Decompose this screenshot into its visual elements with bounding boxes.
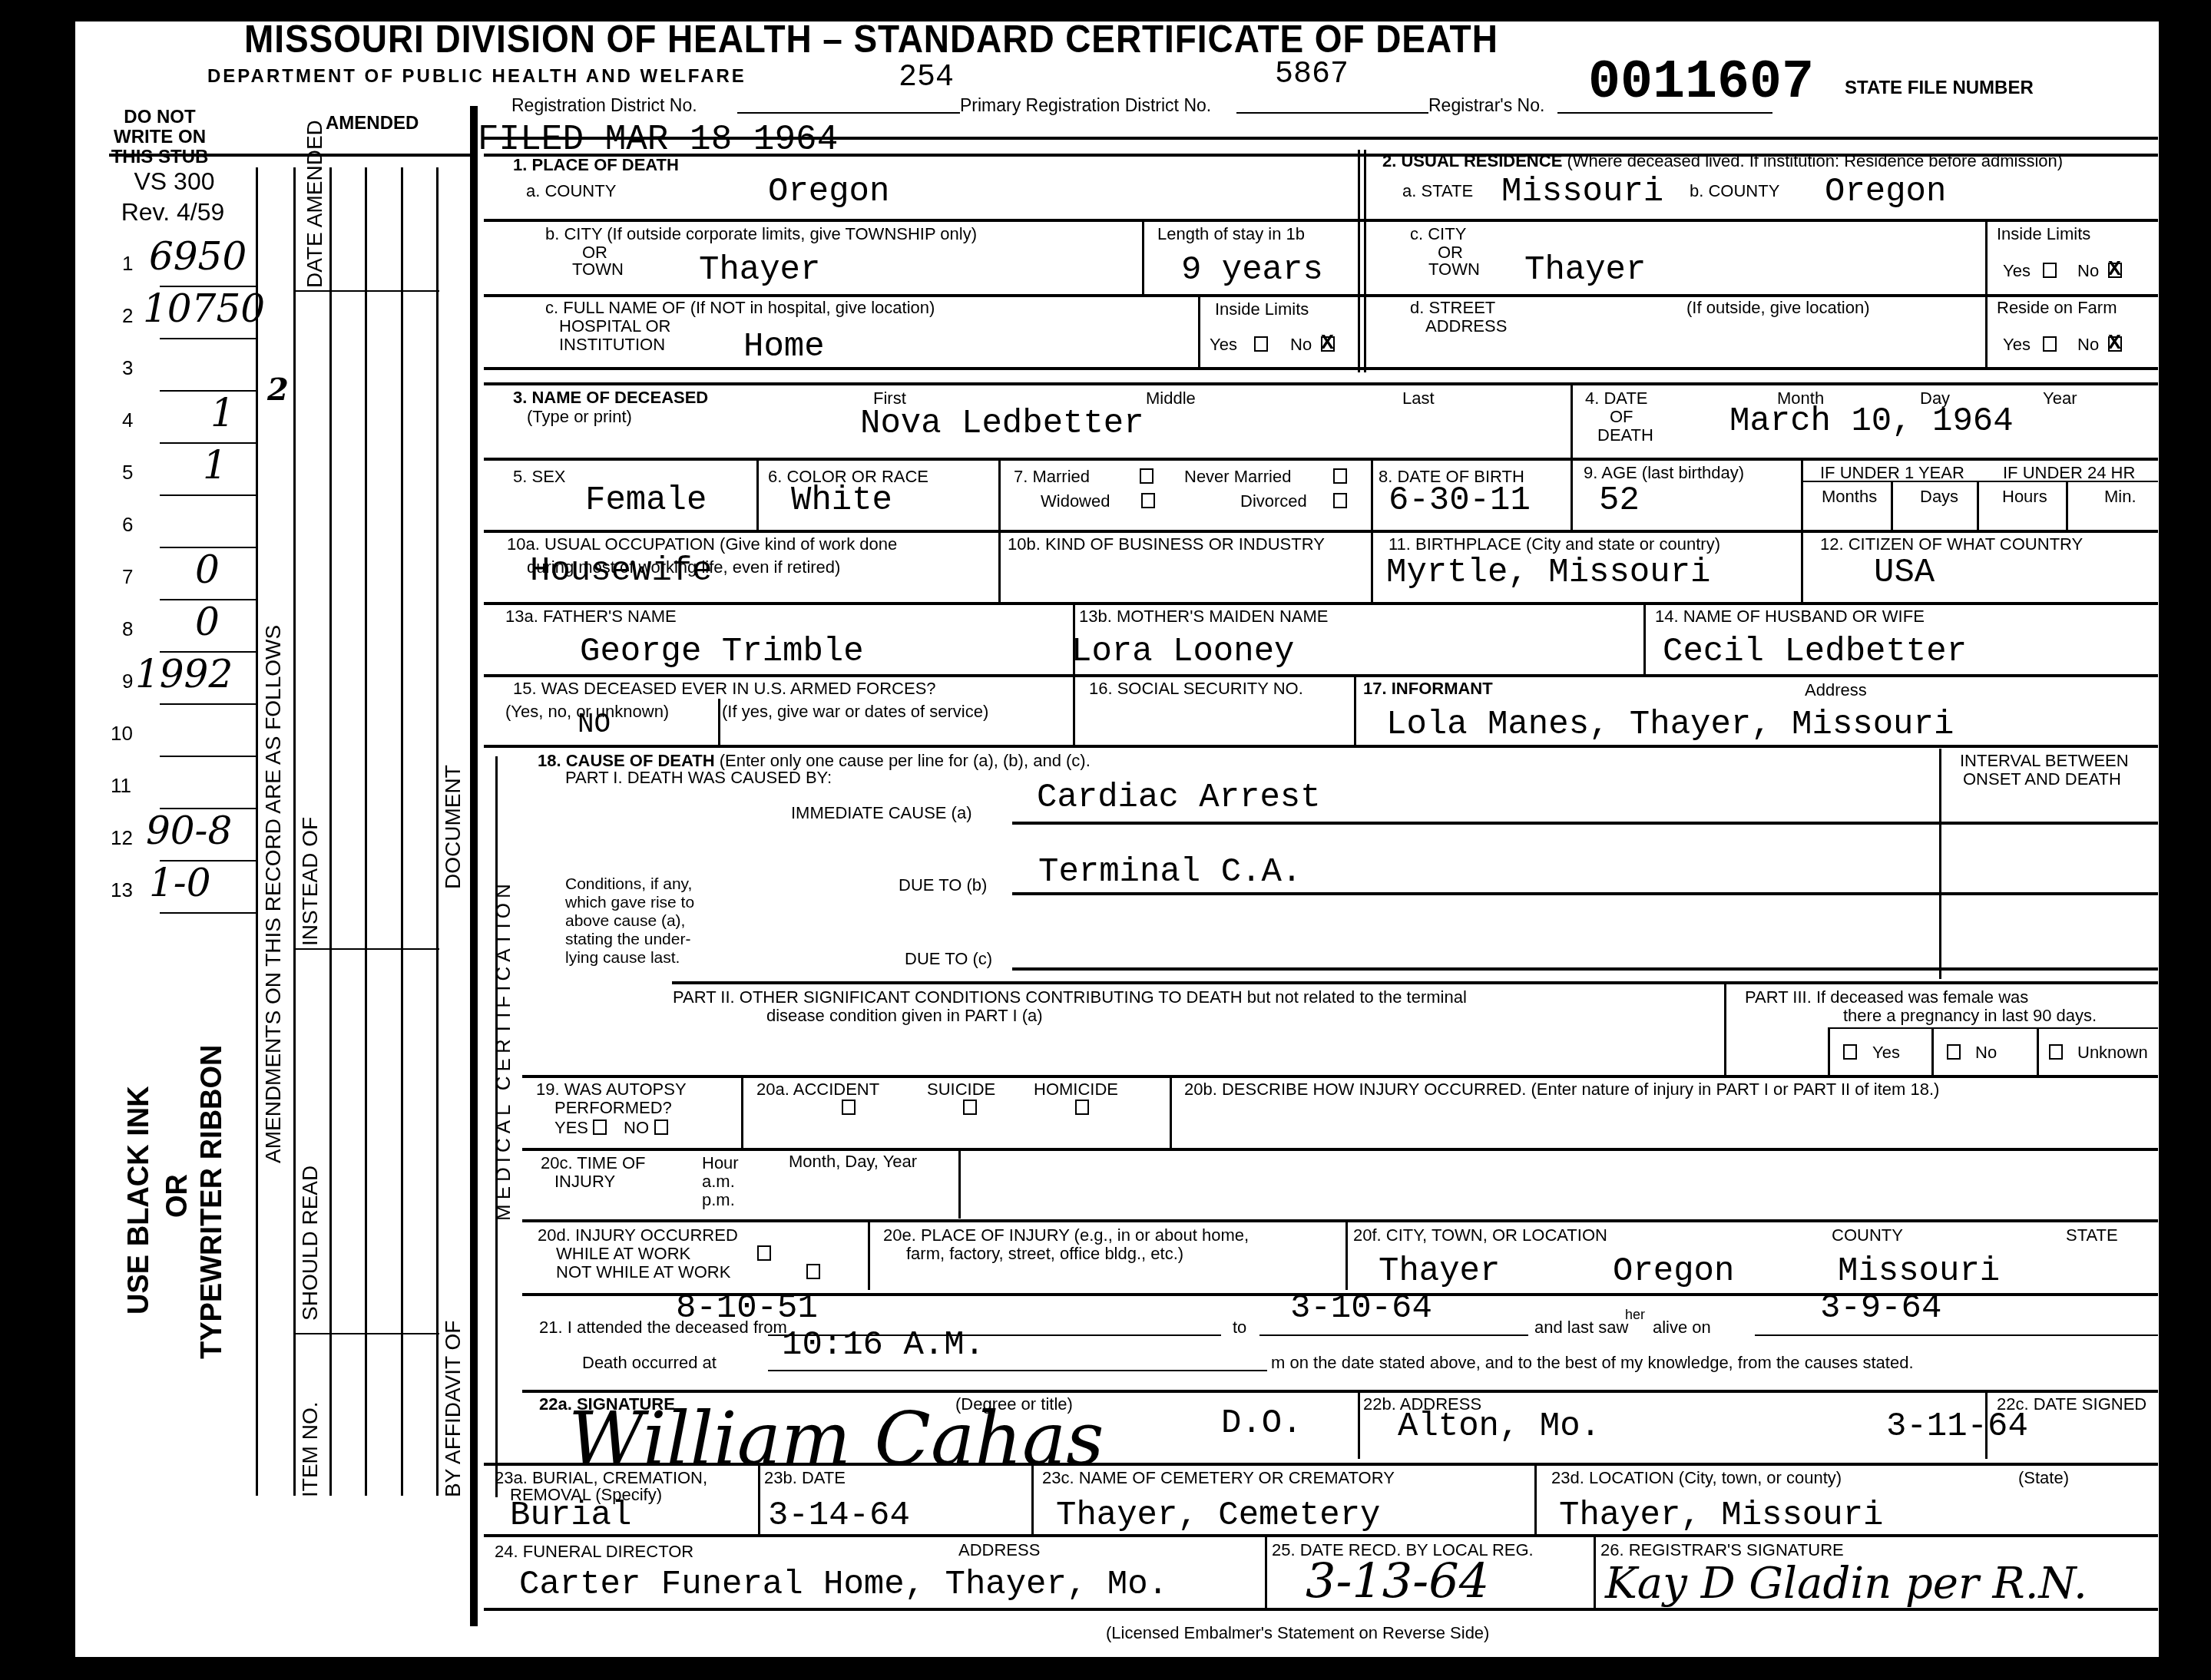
stub-row: 210750 — [88, 286, 258, 339]
rule — [160, 442, 258, 444]
rule — [484, 137, 2158, 140]
mother-label: 13b. MOTHER'S MAIDEN NAME — [1079, 607, 1328, 626]
farm-yes-checkbox[interactable] — [2043, 336, 2057, 352]
type-or-print-label: (Type or print) — [527, 407, 632, 426]
rule — [1073, 674, 1075, 745]
immediate-cause-label: IMMEDIATE CAUSE (a) — [791, 803, 972, 822]
street-label: d. STREET — [1410, 298, 1495, 317]
injury-label: INJURY — [554, 1172, 615, 1191]
divorced-label: Divorced — [1240, 491, 1307, 511]
rule — [484, 745, 2158, 748]
by-affidavit-label: BY AFFIDAVIT OF — [441, 1321, 465, 1497]
disposition-value: Burial — [510, 1497, 631, 1534]
degree-value: D.O. — [1221, 1405, 1302, 1442]
date-of-death-label: 4. DATE — [1585, 389, 1648, 408]
widowed-label: Widowed — [1041, 491, 1110, 511]
inside-limits-yes-checkbox[interactable] — [1254, 336, 1268, 352]
form-revision: Rev. 4/59 — [108, 203, 238, 222]
rule — [1891, 481, 1893, 531]
rule — [1358, 150, 1360, 372]
widowed-checkbox[interactable] — [1141, 493, 1155, 508]
informant-address-label: Address — [1805, 680, 1867, 699]
ink-notice: USE BLACK INK — [123, 1086, 156, 1315]
death-time-value: 10:16 A.M. — [782, 1327, 985, 1364]
rule — [484, 458, 2158, 461]
burial-date-label: 23b. DATE — [764, 1468, 846, 1487]
no-label: No — [2077, 335, 2099, 354]
rule — [1012, 822, 2158, 825]
attended-to-value: 3-10-64 — [1290, 1290, 1432, 1327]
rule — [160, 703, 258, 705]
immediate-cause-value: Cardiac Arrest — [1037, 779, 1321, 816]
underline — [737, 112, 960, 114]
rule — [1364, 219, 2158, 222]
funeral-director-label: 24. FUNERAL DIRECTOR — [495, 1542, 693, 1561]
injury-state-value: Missouri — [1838, 1253, 2000, 1290]
underline — [1259, 1334, 1528, 1336]
amended-label: AMENDED — [326, 114, 419, 133]
rule — [1931, 1027, 1934, 1077]
place-of-injury-sub-label: farm, factory, street, office bldg., etc… — [906, 1244, 1183, 1263]
death-city-value: Thayer — [699, 252, 820, 289]
town-label: TOWN — [572, 260, 624, 279]
rule — [109, 154, 470, 157]
underline — [1236, 112, 1428, 114]
usual-residence-label: 2. USUAL RESIDENCE (Where deceased lived… — [1382, 151, 2063, 170]
stub-row: 51 — [88, 443, 258, 495]
rule — [718, 699, 720, 745]
pregnancy-no-checkbox[interactable] — [1947, 1044, 1961, 1060]
rule — [484, 1534, 2158, 1537]
rule — [293, 290, 439, 292]
rule — [1828, 1027, 2158, 1029]
armed-forces-label: 15. WAS DECEASED EVER IN U.S. ARMED FORC… — [513, 679, 936, 698]
part-1-label: PART I. DEATH WAS CAUSED BY: — [565, 768, 832, 787]
rule — [1977, 481, 1979, 531]
rule — [1571, 458, 1573, 531]
last-saw-label: and last saw — [1534, 1318, 1628, 1337]
rule — [1828, 1027, 1830, 1077]
occupation-label: 10a. USUAL OCCUPATION (Give kind of work… — [507, 534, 897, 554]
describe-injury-label: 20b. DESCRIBE HOW INJURY OCCURRED. (Ente… — [1184, 1080, 1939, 1099]
rule — [160, 286, 258, 287]
rule — [998, 530, 1001, 603]
under-24-hr-label: IF UNDER 24 HR — [2003, 463, 2135, 482]
rule — [160, 390, 258, 392]
rule — [160, 651, 258, 653]
yes-label: Yes — [1210, 335, 1237, 354]
institution-label: INSTITUTION — [559, 335, 665, 354]
ssn-label: 16. SOCIAL SECURITY NO. — [1089, 679, 1303, 698]
never-married-label: Never Married — [1184, 467, 1291, 486]
cemetery-value: Thayer, Cemetery — [1056, 1497, 1380, 1534]
state-file-number: 0011607 — [1588, 55, 1814, 112]
rule — [1571, 382, 1573, 458]
rule — [484, 382, 2158, 385]
cemetery-label: 23c. NAME OF CEMETERY OR CREMATORY — [1042, 1468, 1395, 1487]
date-of-death-value: March 10, 1964 — [1729, 403, 2014, 440]
res-inside-limits-no-checkbox[interactable] — [2108, 263, 2122, 278]
rule — [160, 860, 258, 861]
rule — [1594, 1534, 1596, 1608]
stub-row: 11 — [88, 756, 258, 809]
informant-label: 17. INFORMANT — [1363, 679, 1493, 698]
age-value: 52 — [1599, 482, 1640, 519]
rule — [484, 602, 2158, 605]
stub-row: 3 — [88, 339, 258, 391]
rule — [484, 1463, 2158, 1466]
inside-limits-no-checkbox[interactable] — [1321, 336, 1335, 352]
rule — [1643, 602, 1646, 675]
min-label: Min. — [2104, 487, 2137, 506]
rule — [1801, 458, 1803, 531]
column-line — [256, 167, 258, 1496]
interval-label-2: ONSET AND DEATH — [1963, 769, 2121, 789]
rule — [998, 458, 1001, 531]
accident-checkbox[interactable] — [842, 1100, 856, 1115]
margin-mark: 2 — [267, 372, 289, 408]
inside-limits-label: Inside Limits — [1215, 299, 1309, 319]
suicide-checkbox[interactable] — [963, 1100, 977, 1115]
farm-no-checkbox[interactable] — [2108, 336, 2122, 352]
underline — [768, 1370, 1267, 1371]
autopsy-performed-label: PERFORMED? — [554, 1098, 672, 1117]
father-label: 13a. FATHER'S NAME — [505, 607, 677, 626]
death-county-value: Oregon — [768, 174, 889, 210]
rule — [1354, 674, 1356, 745]
rule — [160, 547, 258, 548]
city-label: b. CITY (If outside corporate limits, gi… — [545, 224, 977, 243]
pregnancy-yes-label: Yes — [1872, 1043, 1900, 1062]
father-value: George Trimble — [580, 633, 864, 670]
physician-address-value: Alton, Mo. — [1398, 1408, 1600, 1445]
registrar-signature: Kay D Gladin per R.N. — [1605, 1559, 2087, 1609]
autopsy-no-checkbox[interactable] — [654, 1119, 668, 1135]
rule — [160, 599, 258, 600]
pregnancy-unknown-checkbox[interactable] — [2049, 1044, 2063, 1060]
rule — [2066, 481, 2068, 531]
deceased-name-value: Nova Ledbetter — [860, 405, 1144, 442]
ink-notice-ribbon: TYPEWRITER RIBBON — [196, 1044, 229, 1359]
middle-label: Middle — [1146, 389, 1196, 408]
due-to-b-value: Terminal C.A. — [1038, 854, 1302, 891]
rule — [2037, 1027, 2039, 1077]
attended-from-value: 8-10-51 — [676, 1290, 818, 1327]
rule — [484, 674, 2158, 677]
interval-label: INTERVAL BETWEEN — [1960, 751, 2129, 770]
hospital-value: Home — [743, 329, 825, 365]
column-line — [401, 167, 403, 1496]
primary-district-label: Primary Registration District No. — [960, 96, 1211, 115]
dob-value: 6-30-11 — [1388, 482, 1531, 519]
never-married-checkbox[interactable] — [1333, 468, 1347, 484]
part-3-label: PART III. If deceased was female was — [1745, 987, 2028, 1007]
res-city-label: c. CITY — [1410, 224, 1466, 243]
state-label: a. STATE — [1402, 181, 1473, 200]
stub-row: 91992 — [88, 652, 258, 704]
autopsy-yes-label: YES — [554, 1118, 588, 1137]
pregnancy-unknown-label: Unknown — [2077, 1043, 2148, 1062]
stub-row: 6 — [88, 495, 258, 547]
am-label: a.m. — [702, 1172, 735, 1191]
informant-value: Lola Manes, Thayer, Missouri — [1386, 706, 1954, 743]
suicide-label: SUICIDE — [927, 1080, 995, 1099]
death-occurred-label: Death occurred at — [582, 1353, 717, 1372]
last-label: Last — [1402, 389, 1435, 408]
residence-city-value: Thayer — [1524, 252, 1646, 289]
rule — [1012, 967, 2158, 971]
rule — [522, 1219, 2158, 1222]
under-1-year-label: IF UNDER 1 YEAR — [1820, 463, 1964, 482]
married-label: 7. Married — [1014, 467, 1090, 486]
county-label: a. COUNTY — [526, 181, 616, 200]
place-of-injury-label: 20e. PLACE OF INJURY (e.g., in or about … — [883, 1225, 1249, 1245]
days-label: Days — [1920, 487, 1958, 506]
due-to-c-label: DUE TO (c) — [905, 949, 992, 968]
residence-state-value: Missouri — [1501, 174, 1663, 210]
stub-row: 41 — [88, 391, 258, 443]
should-read-label: SHOULD READ — [298, 1166, 323, 1321]
rule — [484, 294, 1367, 297]
rule — [522, 1075, 2158, 1078]
spouse-label: 14. NAME OF HUSBAND OR WIFE — [1655, 607, 1925, 626]
birthplace-value: Myrtle, Missouri — [1386, 554, 1710, 591]
rule — [672, 981, 2158, 984]
rule — [160, 494, 258, 496]
rule — [293, 1333, 439, 1334]
divorced-checkbox[interactable] — [1333, 493, 1347, 508]
ink-notice-or: OR — [161, 1174, 194, 1218]
pregnancy-no-label: No — [1975, 1043, 1997, 1062]
injury-city-label: 20f. CITY, TOWN, OR LOCATION — [1353, 1225, 1607, 1245]
registrar-signature-label: 26. REGISTRAR'S SIGNATURE — [1600, 1540, 1844, 1559]
mother-value: Lora Looney — [1071, 633, 1294, 670]
last-saw-value: 3-9-64 — [1820, 1290, 1941, 1327]
rule — [1371, 458, 1373, 531]
injury-county-label: COUNTY — [1832, 1225, 1903, 1245]
married-checkbox[interactable] — [1140, 468, 1153, 484]
date-signed-value: 3-11-64 — [1886, 1408, 2028, 1445]
rule — [160, 912, 258, 914]
column-line — [293, 167, 296, 1496]
part-3-sub-label: there a pregnancy in last 90 days. — [1843, 1006, 2097, 1025]
do-not-write-label: DO NOT WRITE ON THIS STUB — [98, 107, 221, 167]
location-state-label: (State) — [2018, 1468, 2069, 1487]
stub-row: 80 — [88, 600, 258, 652]
rule — [484, 219, 1367, 222]
rule — [1142, 219, 1144, 296]
burial-date-value: 3-14-64 — [768, 1497, 910, 1534]
res-town-label: TOWN — [1428, 260, 1480, 279]
rule — [1371, 530, 1373, 603]
length-of-stay-label: Length of stay in 1b — [1157, 224, 1305, 243]
date-amended-label: DATE AMENDED — [303, 120, 327, 288]
res-inside-limits-label: Inside Limits — [1997, 224, 2090, 243]
rule — [160, 756, 258, 757]
res-inside-limits-yes-checkbox[interactable] — [2043, 263, 2057, 278]
primary-district-value: 5867 — [1275, 57, 1349, 94]
date-recd-value: 3-13-64 — [1306, 1553, 1489, 1609]
column-line — [436, 167, 439, 1496]
column-line — [365, 167, 367, 1496]
her-label: her — [1625, 1305, 1645, 1324]
of-label: OF — [1610, 407, 1633, 426]
accident-label: 20a. ACCIDENT — [756, 1080, 879, 1099]
medical-certification-label: MEDICAL CERTIFICATION — [492, 879, 515, 1221]
yes-label: Yes — [2003, 335, 2031, 354]
name-of-deceased-label: 3. NAME OF DECEASED — [513, 388, 708, 407]
amendments-label: AMENDMENTS ON THIS RECORD ARE AS FOLLOWS — [261, 625, 286, 1163]
race-value: White — [791, 482, 892, 519]
autopsy-yes-checkbox[interactable] — [593, 1119, 607, 1135]
rule — [1170, 1075, 1172, 1149]
hospital-label: c. FULL NAME OF (If NOT in hospital, giv… — [545, 298, 935, 317]
registration-district-value: 254 — [899, 60, 954, 97]
rule — [1358, 1390, 1360, 1459]
location-label: 23d. LOCATION (City, town, or county) — [1551, 1468, 1842, 1487]
rule — [293, 948, 439, 950]
homicide-checkbox[interactable] — [1075, 1100, 1089, 1115]
form-number: VS 300 — [117, 172, 232, 191]
certification-statement: m on the date stated above, and to the b… — [1271, 1353, 1914, 1372]
registration-district-label: Registration District No. — [511, 96, 697, 115]
stub-row: 16950 — [88, 234, 258, 286]
part-2-sub-label: disease condition given in PART I (a) — [766, 1006, 1043, 1025]
hours-label: Hours — [2002, 487, 2047, 506]
conditions-note: Conditions, if any, which gave rise to a… — [565, 875, 723, 967]
citizen-label: 12. CITIZEN OF WHAT COUNTRY — [1820, 534, 2083, 554]
place-of-death-label: 1. PLACE OF DEATH — [513, 155, 679, 174]
pregnancy-yes-checkbox[interactable] — [1843, 1044, 1857, 1060]
rule — [1364, 150, 1366, 372]
injury-city-value: Thayer — [1379, 1253, 1500, 1290]
birthplace-label: 11. BIRTHPLACE (City and state or countr… — [1388, 534, 1720, 554]
farm-label: Reside on Farm — [1997, 298, 2117, 317]
months-label: Months — [1822, 487, 1877, 506]
rule — [160, 338, 258, 339]
director-address-label: ADDRESS — [958, 1540, 1040, 1559]
not-at-work-checkbox[interactable] — [806, 1264, 820, 1279]
homicide-label: HOMICIDE — [1034, 1080, 1118, 1099]
document-label: DOCUMENT — [441, 765, 465, 889]
rule — [1724, 981, 1726, 1077]
rule — [958, 1148, 961, 1219]
length-of-stay-value: 9 years — [1181, 252, 1323, 289]
filed-stamp: FILED MAR 18 1964 — [478, 121, 838, 158]
not-while-at-work-label: NOT WHILE AT WORK — [556, 1262, 730, 1281]
alive-on-label: alive on — [1653, 1318, 1711, 1337]
rule — [1031, 1463, 1034, 1536]
embalmer-statement-note: (Licensed Embalmer's Statement on Revers… — [1106, 1623, 1489, 1642]
time-of-injury-label: 20c. TIME OF — [541, 1153, 646, 1172]
yes-label: Yes — [2003, 261, 2031, 280]
underline — [1557, 112, 1772, 114]
injury-county-value: Oregon — [1613, 1253, 1734, 1290]
hospital-or-label: HOSPITAL OR — [559, 316, 670, 336]
rule — [1265, 1534, 1267, 1608]
to-label: to — [1233, 1318, 1246, 1337]
rule — [484, 367, 2158, 370]
rule — [1801, 530, 1803, 603]
autopsy-label: 19. WAS AUTOPSY — [536, 1080, 687, 1099]
occupation-value: Housewife — [530, 553, 713, 590]
while-at-work-label: WHILE AT WORK — [556, 1244, 690, 1263]
age-label: 9. AGE (last birthday) — [1584, 463, 1744, 482]
stub-divider — [470, 106, 478, 1626]
part-2-label: PART II. OTHER SIGNIFICANT CONDITIONS CO… — [673, 987, 1467, 1007]
instead-of-label: INSTEAD OF — [298, 817, 323, 946]
rule — [484, 1608, 2158, 1611]
street-note: (If outside, give location) — [1686, 298, 1869, 317]
column-line — [329, 167, 332, 1496]
residence-county-value: Oregon — [1825, 174, 1946, 210]
death-label: DEATH — [1597, 425, 1653, 445]
rule — [1198, 294, 1200, 369]
rule — [484, 530, 2158, 533]
business-label: 10b. KIND OF BUSINESS OR INDUSTRY — [1008, 534, 1325, 554]
rule — [756, 458, 759, 531]
year-label: Year — [2043, 389, 2077, 408]
hour-label: Hour — [702, 1153, 739, 1172]
injury-occurred-label: 20d. INJURY OCCURRED — [538, 1225, 738, 1245]
rule — [868, 1219, 870, 1290]
funeral-director-value: Carter Funeral Home, Thayer, Mo. — [519, 1566, 1168, 1603]
pm-label: p.m. — [702, 1190, 735, 1209]
rule — [1345, 1219, 1348, 1290]
autopsy-no-label: NO — [624, 1118, 649, 1137]
rule — [1801, 481, 2158, 482]
location-value: Thayer, Missouri — [1559, 1497, 1883, 1534]
address-label: ADDRESS — [1425, 316, 1507, 336]
residence-county-label: b. COUNTY — [1690, 181, 1779, 200]
at-work-checkbox[interactable] — [757, 1245, 771, 1261]
rule — [160, 808, 258, 809]
spouse-value: Cecil Ledbetter — [1663, 633, 1967, 670]
stub-row: 131-0 — [88, 861, 258, 913]
department-name: DEPARTMENT OF PUBLIC HEALTH AND WELFARE — [207, 66, 746, 88]
injury-state-label: STATE — [2066, 1225, 2118, 1245]
citizen-value: USA — [1874, 554, 1935, 591]
stub-row: 70 — [88, 547, 258, 600]
month-day-year-label: Month, Day, Year — [789, 1152, 917, 1171]
stub-row: 10 — [88, 704, 258, 756]
due-to-b-label: DUE TO (b) — [899, 875, 987, 895]
rule — [522, 1390, 2158, 1393]
stub-row: 1290-8 — [88, 809, 258, 861]
rule — [1364, 294, 2158, 297]
rule — [758, 1463, 760, 1536]
death-certificate — [75, 21, 2159, 1657]
certificate-title: MISSOURI DIVISION OF HEALTH – STANDARD C… — [244, 17, 1498, 61]
rule — [1012, 892, 2158, 895]
underline — [1755, 1334, 2158, 1336]
registrars-no-label: Registrar's No. — [1428, 96, 1544, 115]
armed-service-label: (If yes, give war or dates of service) — [722, 702, 988, 721]
no-label: No — [2077, 261, 2099, 280]
rule — [1534, 1463, 1537, 1536]
rule — [741, 1075, 743, 1149]
item-no-label: ITEM NO. — [298, 1402, 323, 1497]
armed-forces-value: NO — [578, 706, 611, 743]
state-file-number-label: STATE FILE NUMBER — [1845, 78, 2034, 98]
rule — [1939, 749, 1941, 979]
no-label: No — [1290, 335, 1312, 354]
rule — [522, 1148, 2158, 1151]
sex-label: 5. SEX — [513, 467, 565, 486]
sex-value: Female — [585, 482, 707, 519]
